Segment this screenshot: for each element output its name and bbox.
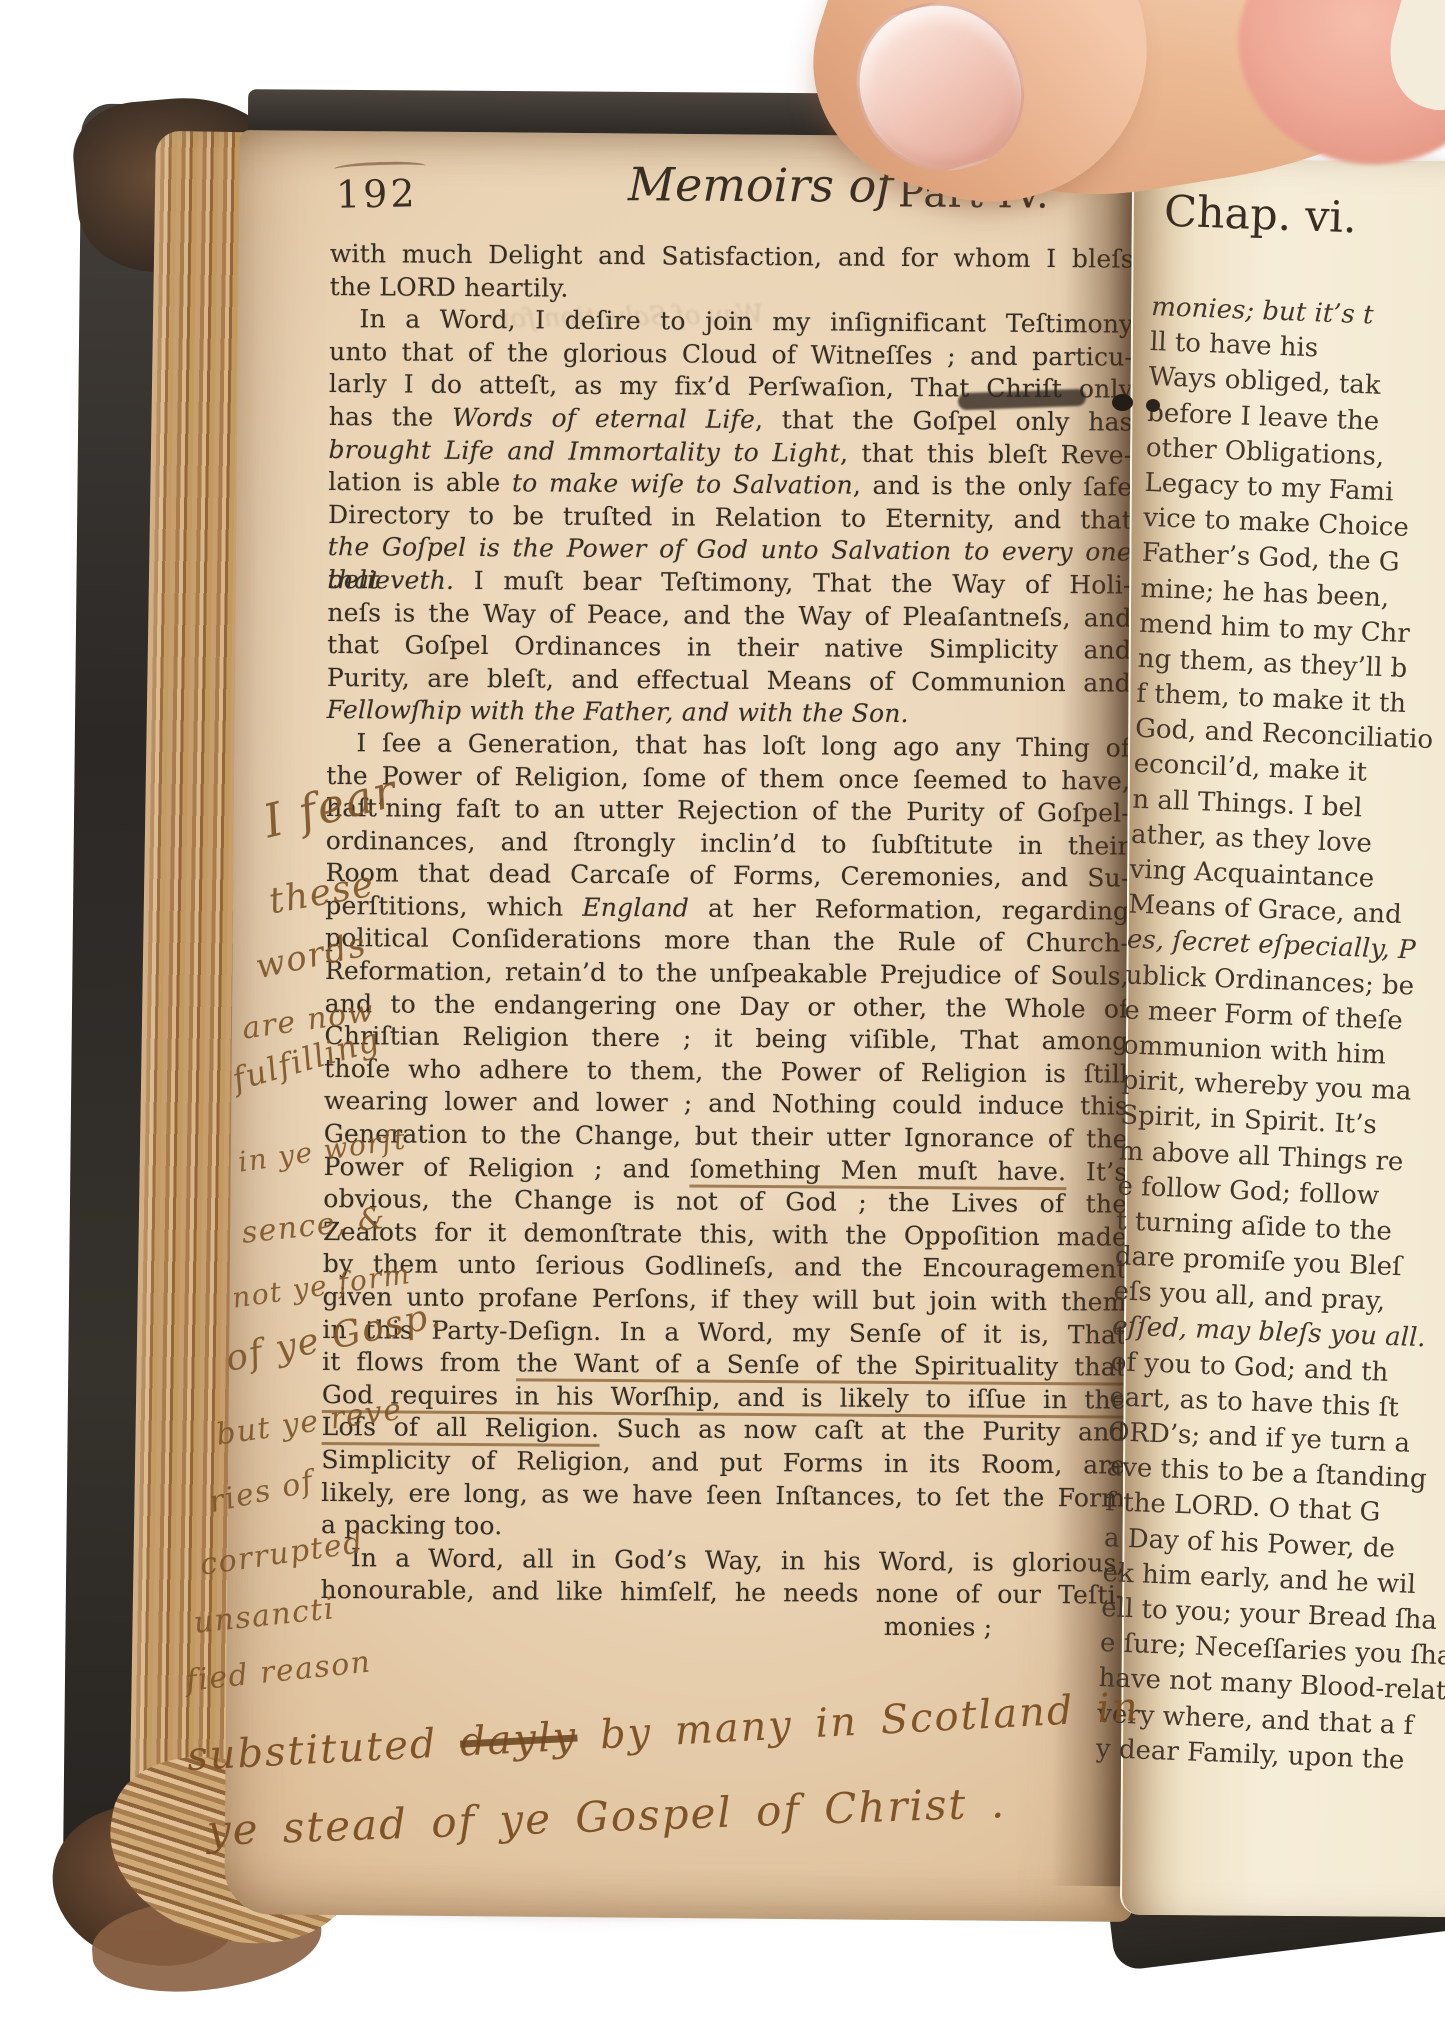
print-line: that Goſpel Ordinances in their native S… xyxy=(327,629,1131,667)
ink-blot-dot xyxy=(1112,394,1133,411)
print-line: Simplicity of Religion, and put Forms in… xyxy=(321,1444,1125,1482)
print-line: with much Delight and Satisfaction, and … xyxy=(330,238,1134,276)
print-line: In a Word, I deſire to join my inſignifi… xyxy=(329,303,1133,341)
print-line: Reformation, retain’d to the unſpeakable… xyxy=(325,955,1129,993)
print-line: Room that dead Carcaſe of Forms, Ceremon… xyxy=(325,857,1129,895)
print-line: Fellowſhip with the Father, and with the… xyxy=(327,694,1131,732)
print-line: Generation to the Change, but their utte… xyxy=(324,1118,1128,1156)
page-number: 192 xyxy=(336,171,418,216)
print-line: believeth. I muſt bear Teſtimony, That t… xyxy=(327,564,1131,602)
print-line: Chriſtian Religion there ; it being viſi… xyxy=(324,1020,1128,1058)
print-line: it flows from the Want of a Senſe of the… xyxy=(322,1346,1126,1384)
left-page-text: with much Delight and Satisfaction, and … xyxy=(320,238,1134,1645)
print-line: haſt’ning faſt to an utter Rejection of … xyxy=(326,792,1130,830)
print-line: a packing too. xyxy=(321,1509,1125,1547)
right-page-text: monies; but it’s tll to have hisWays obl… xyxy=(1095,290,1445,1779)
wormhole xyxy=(1146,399,1160,412)
print-line: lation is able to make wiſe to Salvation… xyxy=(328,466,1132,504)
print-line: given unto profane Perſons, if they will… xyxy=(322,1281,1126,1319)
book-photo: 192 Memoirs of Part IV. Way of Salvation… xyxy=(0,0,1445,2023)
print-line: monies ; xyxy=(320,1607,1124,1645)
print-line: honourable, and like himſelf, he needs n… xyxy=(320,1574,1124,1612)
chapter-label: Chap. vi. xyxy=(1163,187,1357,244)
print-line: I ſee a Generation, that has loſt long a… xyxy=(326,727,1130,765)
print-line: obvious, the Change is not of God ; the … xyxy=(323,1183,1127,1221)
print-line: the Goſpel is the Power of God unto Salv… xyxy=(328,531,1132,569)
